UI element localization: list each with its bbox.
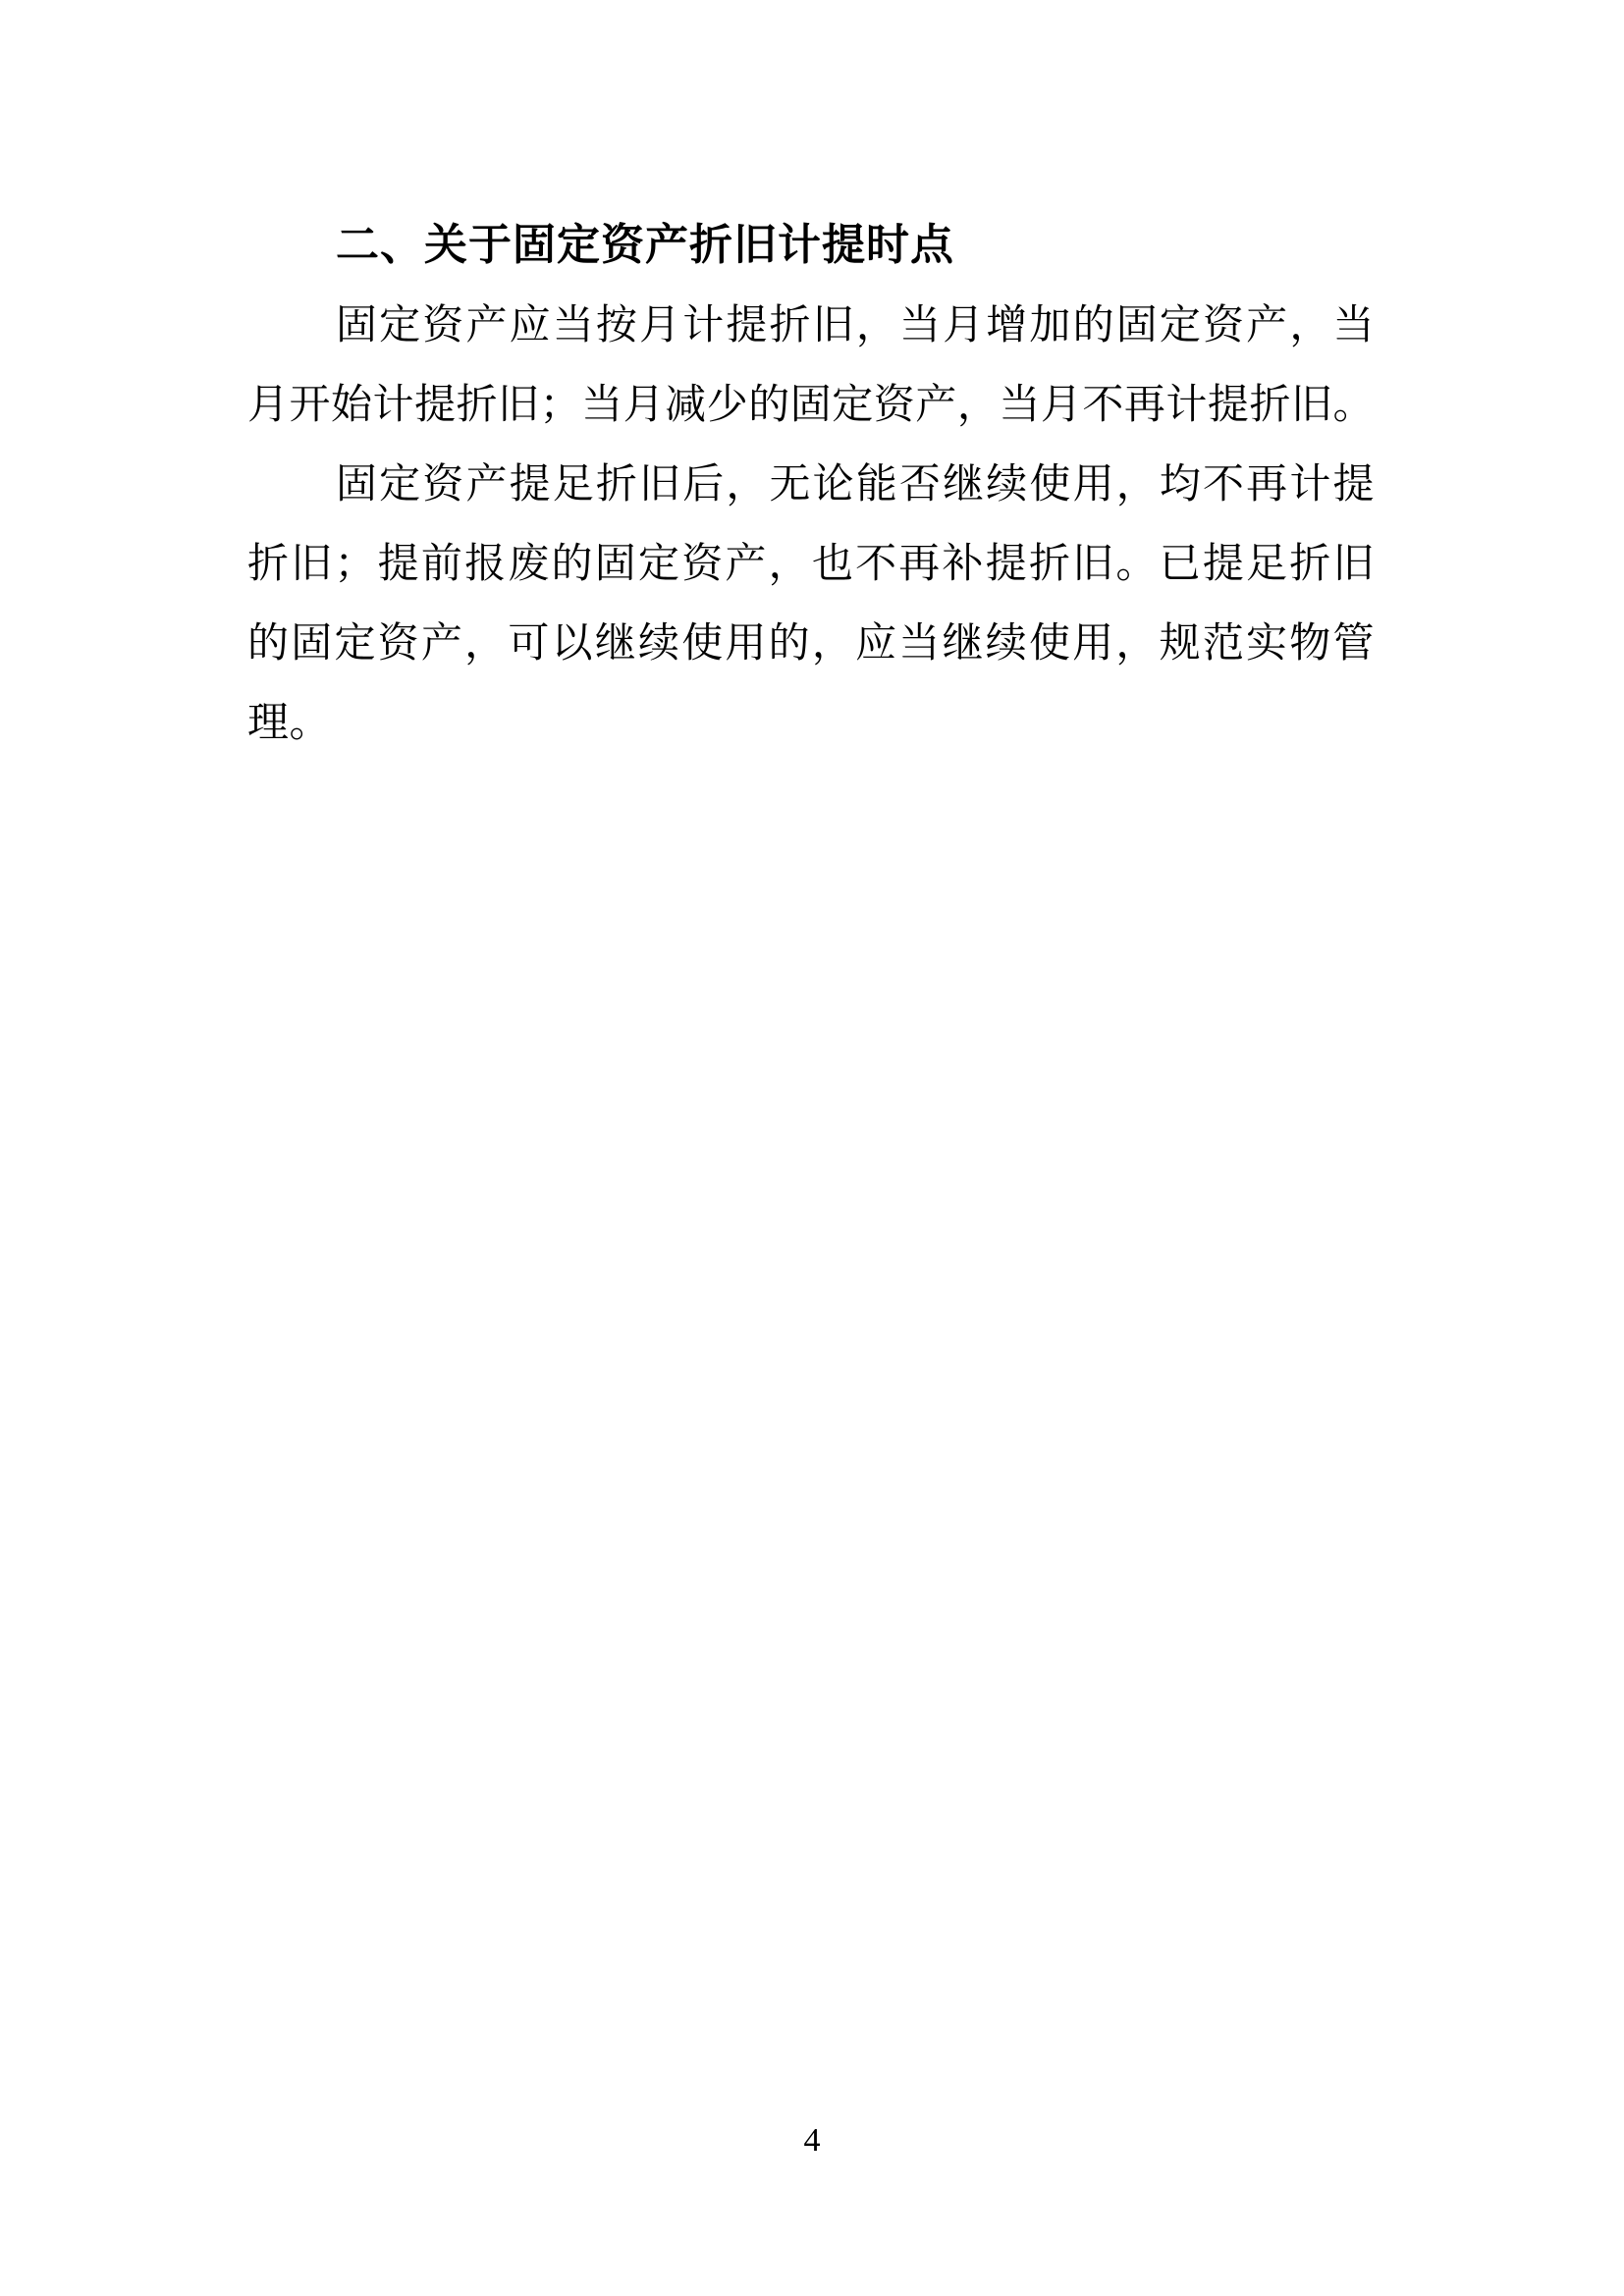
body-line: 折旧；提前报废的固定资产，也不再补提折旧。已提足折旧 (247, 525, 1375, 605)
section-heading: 二、关于固定资产折旧计提时点 (247, 204, 1375, 287)
body-line: 理。 (247, 684, 1375, 764)
body-line: 月开始计提折旧；当月减少的固定资产，当月不再计提折旧。 (247, 366, 1375, 446)
body-line: 的固定资产，可以继续使用的，应当继续使用，规范实物管 (247, 605, 1375, 684)
document-body: 二、关于固定资产折旧计提时点 固定资产应当按月计提折旧，当月增加的固定资产，当 … (247, 204, 1375, 764)
body-line: 固定资产应当按月计提折旧，当月增加的固定资产，当 (247, 287, 1375, 366)
paragraph-full-depreciation: 固定资产提足折旧后，无论能否继续使用，均不再计提 折旧；提前报废的固定资产，也不… (247, 446, 1375, 764)
paragraph-depreciation-timing: 固定资产应当按月计提折旧，当月增加的固定资产，当 月开始计提折旧；当月减少的固定… (247, 287, 1375, 446)
page-number: 4 (0, 2123, 1624, 2159)
body-line: 固定资产提足折旧后，无论能否继续使用，均不再计提 (247, 446, 1375, 525)
document-page: 二、关于固定资产折旧计提时点 固定资产应当按月计提折旧，当月增加的固定资产，当 … (0, 0, 1624, 2296)
